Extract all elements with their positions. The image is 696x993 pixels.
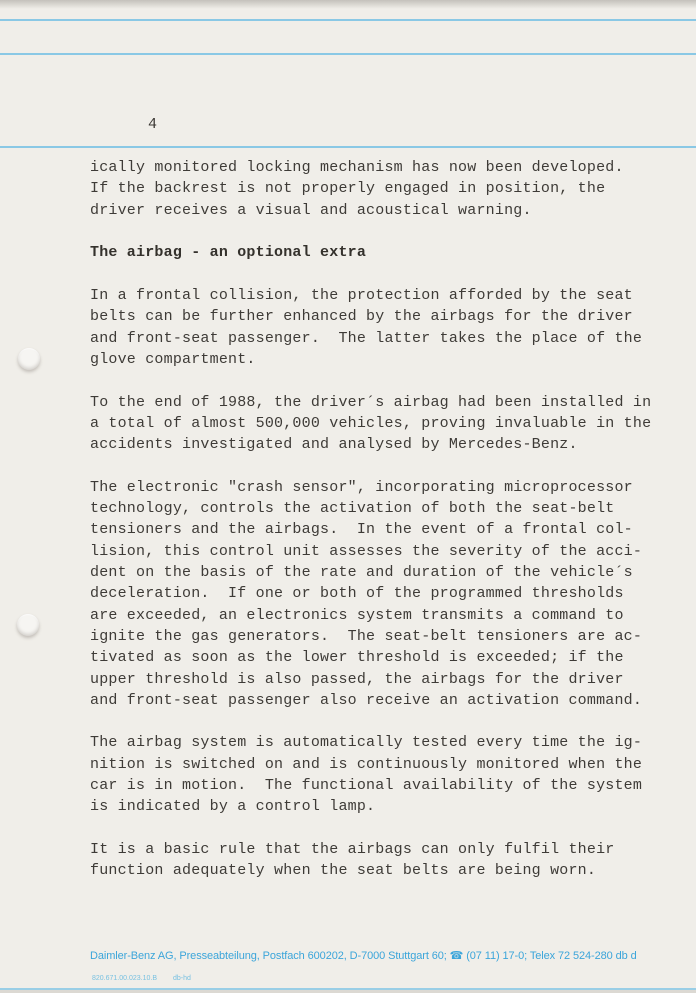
footer-codes: 820.671.00.023.10.B db-hd: [92, 974, 191, 983]
paragraph-1988-statistics: To the end of 1988, the driver´s airbag …: [90, 392, 665, 456]
paragraph-crash-sensor: The electronic "crash sensor", incorpora…: [90, 477, 665, 711]
top-rule-2: [0, 53, 696, 55]
footer-print-code: 820.671.00.023.10.B: [92, 974, 157, 983]
header-rule: [0, 146, 696, 148]
scan-edge-shadow: [0, 0, 696, 9]
paragraph-continuation: ically monitored locking mechanism has n…: [90, 157, 665, 221]
top-rule-1: [0, 19, 696, 21]
punch-hole-bottom: [17, 614, 39, 636]
footer-initials: db-hd: [173, 974, 191, 983]
paragraph-system-self-test: The airbag system is automatically teste…: [90, 732, 665, 817]
document-body: ically monitored locking mechanism has n…: [90, 157, 665, 882]
paragraph-seat-belt-rule: It is a basic rule that the airbags can …: [90, 839, 665, 882]
section-heading: The airbag - an optional extra: [90, 242, 665, 263]
punch-hole-top: [18, 348, 40, 370]
footer-address: Daimler-Benz AG, Presseabteilung, Postfa…: [90, 949, 637, 963]
paragraph-frontal-collision: In a frontal collision, the protection a…: [90, 285, 665, 370]
scanned-press-release-page: 4 ically monitored locking mechanism has…: [0, 0, 696, 993]
page-number: 4: [148, 114, 157, 135]
